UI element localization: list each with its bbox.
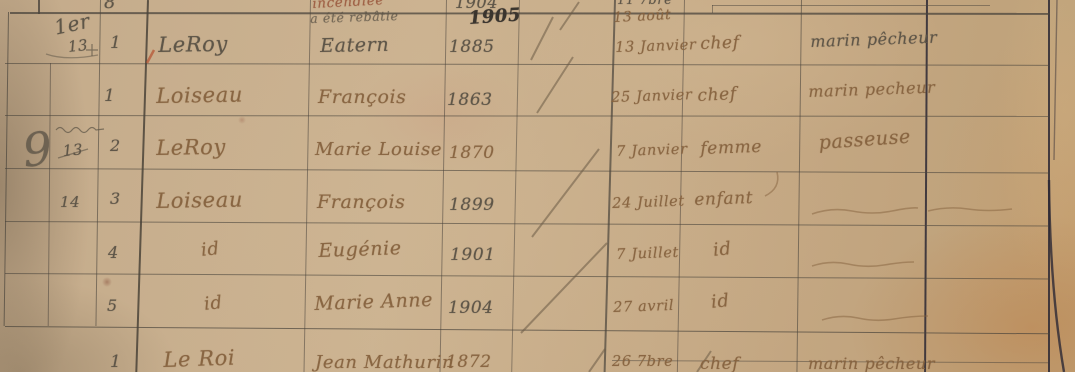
row-relation-ditto: id	[710, 290, 731, 313]
row-date: 7 Janvier	[616, 142, 688, 160]
top-row-year-line2: 1905	[468, 4, 522, 29]
group-number: 9	[20, 121, 55, 178]
row-relation-ditto: id	[712, 238, 733, 261]
slash-mark	[521, 243, 607, 333]
row-firstname: François	[317, 191, 406, 213]
row-relation: femme	[700, 137, 762, 159]
row-firstname: Eugénie	[318, 237, 402, 262]
grid-hline	[5, 115, 1050, 117]
ditto-wave-mark	[56, 128, 104, 133]
grid-vline	[677, 0, 685, 372]
row-surname: Loiseau	[156, 82, 243, 108]
row-person-number: 1	[110, 33, 121, 53]
row-surname-ditto: id	[200, 238, 221, 261]
row-firstname: Jean Mathurin	[315, 352, 454, 372]
row-firstname: Marie Anne	[314, 289, 433, 315]
row-relation: chef	[697, 84, 737, 106]
row-person-number: 4	[108, 243, 119, 262]
row-person-number: 5	[107, 296, 118, 315]
register-scan-page: 8 incendiée a été rebâtie 1904 1905 11 7…	[0, 0, 1075, 372]
row-profession: marin pêcheur	[810, 28, 938, 51]
row-birth-year: 1899	[449, 195, 495, 215]
grid-vline	[303, 0, 311, 372]
row-profession: marin pecheur	[808, 78, 936, 101]
row-person-number: 1	[110, 352, 121, 372]
grid-vline	[796, 0, 802, 372]
grid-vline-dark	[1048, 0, 1050, 372]
row-house-number: 14	[60, 193, 80, 211]
row-surname-ditto: id	[203, 292, 224, 315]
row-house-number: 13	[62, 140, 84, 160]
row-date: 25 Janvier	[611, 87, 693, 106]
row-surname: LeRoy	[158, 32, 228, 57]
top-row-person-number: 8	[104, 0, 116, 13]
row-birth-year: 1901	[450, 245, 496, 265]
grid-hline	[5, 326, 1050, 335]
row-birth-year: 1904	[448, 298, 494, 318]
row-date: 24 Juillet	[612, 193, 685, 212]
ditto-dash	[812, 208, 918, 214]
row-date: 7 Juillet	[616, 245, 679, 263]
row-birth-year: 1863	[447, 90, 493, 110]
row-date: 26 7bre	[612, 354, 673, 370]
top-row-date-line2: 13 août	[613, 7, 672, 26]
grid-hline	[5, 221, 1050, 227]
row-firstname: François	[318, 86, 407, 108]
grid-hline	[5, 273, 1050, 280]
grid-vline	[95, 0, 101, 326]
top-row-note-line2: a été rebâtie	[310, 8, 399, 26]
row-date: 13 Janvier	[615, 37, 697, 56]
paper-crease-line	[1049, 180, 1064, 372]
grid-vline	[135, 0, 148, 372]
row-birth-year: 1885	[449, 37, 495, 57]
row-surname: LeRoy	[156, 135, 226, 160]
row-person-number: 2	[110, 136, 121, 155]
row-house-number: 13	[67, 36, 89, 56]
grid-vline	[439, 0, 447, 372]
row-person-number: 1	[104, 86, 115, 106]
grid-hline	[10, 12, 1050, 15]
slash-mark	[537, 57, 573, 113]
row-profession: marin pêcheur	[808, 354, 935, 372]
row-profession: passeuse	[818, 126, 912, 154]
ditto-dash	[812, 262, 914, 266]
ditto-dash	[928, 208, 1012, 211]
grid-hline	[5, 168, 1050, 174]
slash-mark	[531, 17, 553, 60]
row-relation: chef	[700, 33, 740, 54]
ditto-dash	[822, 316, 928, 320]
grid-vline	[511, 0, 520, 372]
row-birth-year: 1870	[449, 143, 495, 163]
row-firstname: Marie Louise	[315, 139, 442, 160]
row-surname: Le Roi	[163, 345, 236, 371]
red-correction-mark	[147, 50, 154, 63]
row-relation: chef	[700, 354, 739, 372]
grid-vline	[604, 0, 616, 372]
grid-vline-dark	[924, 0, 928, 372]
row-birth-year: 1872	[446, 352, 492, 372]
slash-mark	[589, 349, 605, 372]
row-relation: enfant	[694, 188, 753, 210]
grid-hline	[712, 5, 990, 6]
paper-crease-line	[1054, 0, 1057, 160]
row-surname: Loiseau	[156, 187, 243, 213]
row-firstname: Eatern	[320, 34, 389, 57]
enfant-flourish	[765, 172, 778, 196]
slash-mark	[560, 2, 579, 30]
row-person-number: 3	[110, 189, 121, 208]
row-date: 27 avril	[613, 298, 674, 316]
grid-hline	[5, 63, 1050, 66]
grid-vline	[48, 63, 51, 326]
